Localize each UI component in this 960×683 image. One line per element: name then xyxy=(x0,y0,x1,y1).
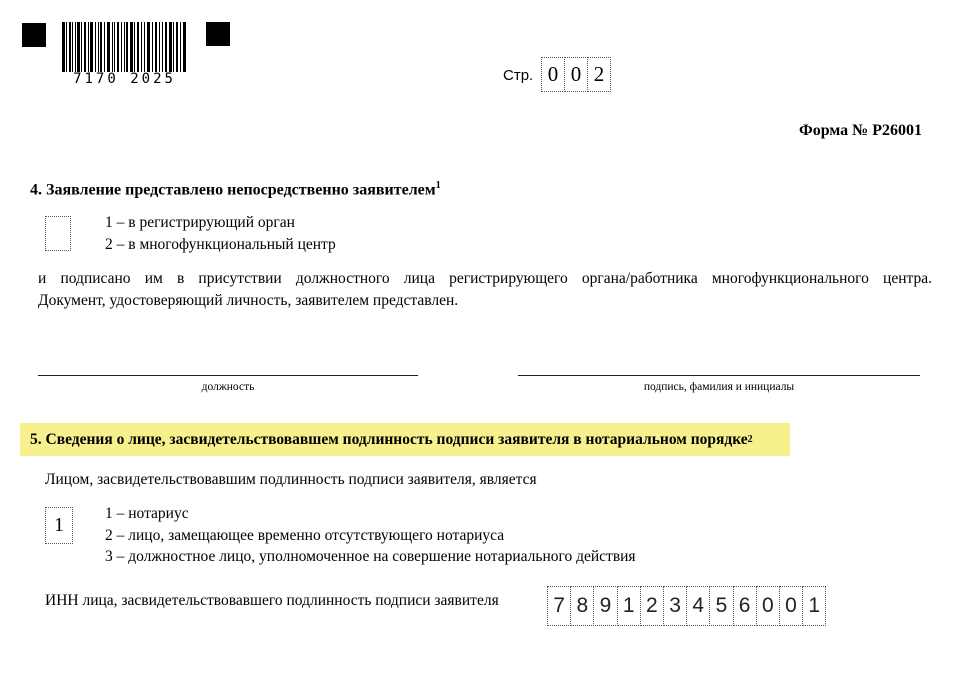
section4-options: 1 – в регистрирующий орган 2 – в многофу… xyxy=(105,212,336,255)
barcode-image xyxy=(62,22,187,72)
inn-digit-cell[interactable]: 3 xyxy=(663,586,687,626)
barcode-text: 7170 2025 xyxy=(58,71,191,87)
position-signature-label: должность xyxy=(38,381,418,393)
page-number-cells: 0 0 2 xyxy=(541,57,611,92)
section5-options: 1 – нотариус 2 – лицо, замещающее времен… xyxy=(105,503,636,568)
inn-digit-cell[interactable]: 0 xyxy=(779,586,803,626)
section4-paragraph-line1: и подписано им в присутствии должностног… xyxy=(38,268,932,290)
inn-digit-cells: 7 8 9 1 2 3 4 5 6 0 0 1 xyxy=(547,586,826,626)
form-page: 7170 2025 Стр. 0 0 2 Форма № Р26001 4. З… xyxy=(0,0,960,683)
section4-option-1: 1 – в регистрирующий орган xyxy=(105,212,336,234)
inn-digit-cell[interactable]: 9 xyxy=(593,586,617,626)
inn-digit-cell[interactable]: 1 xyxy=(617,586,641,626)
section5-choice-field[interactable]: 1 xyxy=(45,507,73,544)
section5-title: 5. Сведения о лице, засвидетельствовавше… xyxy=(20,423,790,456)
inn-digit-cell[interactable]: 0 xyxy=(756,586,780,626)
section4-choice-field[interactable] xyxy=(45,216,71,251)
name-signature-line[interactable] xyxy=(518,375,920,376)
section5-title-text: 5. Сведения о лице, засвидетельствовавше… xyxy=(30,431,748,449)
registration-square-left xyxy=(22,23,46,47)
section5-option-1: 1 – нотариус xyxy=(105,503,636,525)
page-label: Стр. xyxy=(503,67,533,84)
inn-digit-cell[interactable]: 7 xyxy=(547,586,571,626)
section4-option-2: 2 – в многофункциональный центр xyxy=(105,234,336,256)
section5-option-2: 2 – лицо, замещающее временно отсутствую… xyxy=(105,525,636,547)
form-number: Форма № Р26001 xyxy=(799,122,922,140)
section4-paragraph-line2: Документ, удостоверяющий личность, заяви… xyxy=(38,290,932,312)
inn-digit-cell[interactable]: 8 xyxy=(570,586,594,626)
inn-digit-cell[interactable]: 4 xyxy=(686,586,710,626)
inn-label: ИНН лица, засвидетельствовавшего подлинн… xyxy=(45,592,499,610)
inn-digit-cell[interactable]: 5 xyxy=(709,586,733,626)
section5-footnote-marker: 2 xyxy=(748,434,753,445)
position-signature-line[interactable] xyxy=(38,375,418,376)
section5-option-3: 3 – должностное лицо, уполномоченное на … xyxy=(105,546,636,568)
section4-title: 4. Заявление представлено непосредственн… xyxy=(30,180,441,199)
page-digit-cell[interactable]: 0 xyxy=(541,57,565,92)
page-digit-cell[interactable]: 0 xyxy=(564,57,588,92)
inn-digit-cell[interactable]: 1 xyxy=(802,586,826,626)
inn-digit-cell[interactable]: 6 xyxy=(733,586,757,626)
section4-paragraph: и подписано им в присутствии должностног… xyxy=(38,268,932,312)
name-signature-label: подпись, фамилия и инициалы xyxy=(518,381,920,393)
section4-footnote-marker: 1 xyxy=(436,180,441,191)
page-digit-cell[interactable]: 2 xyxy=(587,57,611,92)
section5-intro: Лицом, засвидетельствовавшим подлинность… xyxy=(45,471,537,489)
inn-digit-cell[interactable]: 2 xyxy=(640,586,664,626)
section4-title-text: 4. Заявление представлено непосредственн… xyxy=(30,181,436,198)
registration-square-right xyxy=(206,22,230,46)
